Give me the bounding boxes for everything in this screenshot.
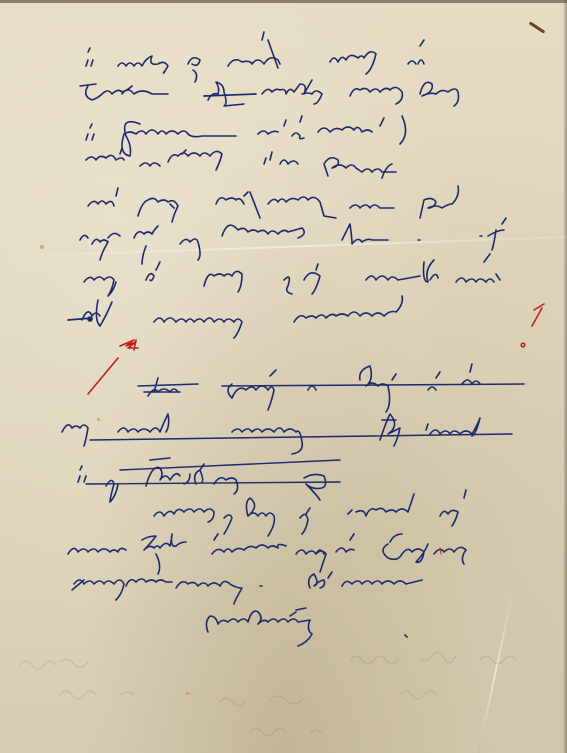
- letter-page: handwritten-letter Greek: [0, 0, 567, 753]
- red-exclamation-dot: [521, 343, 525, 347]
- line-10-struck: [62, 414, 512, 454]
- handwriting: [0, 0, 567, 753]
- signature: [206, 608, 407, 646]
- line-14: [72, 572, 422, 604]
- line-2: [80, 80, 459, 106]
- line-4: [86, 148, 396, 178]
- line-13: [68, 534, 466, 574]
- red-insertion-mark: [88, 340, 138, 394]
- line-7: [84, 254, 500, 296]
- red-exclamation: [534, 304, 544, 310]
- line-3: [86, 116, 406, 156]
- line-6: [80, 218, 506, 264]
- red-exclamation: [532, 308, 542, 326]
- line-8: [68, 296, 402, 338]
- line-11-struck: [78, 458, 340, 502]
- line-9-struck: [138, 364, 524, 412]
- line-5: [88, 186, 458, 222]
- line-1: [86, 32, 424, 82]
- line-12: [154, 490, 466, 536]
